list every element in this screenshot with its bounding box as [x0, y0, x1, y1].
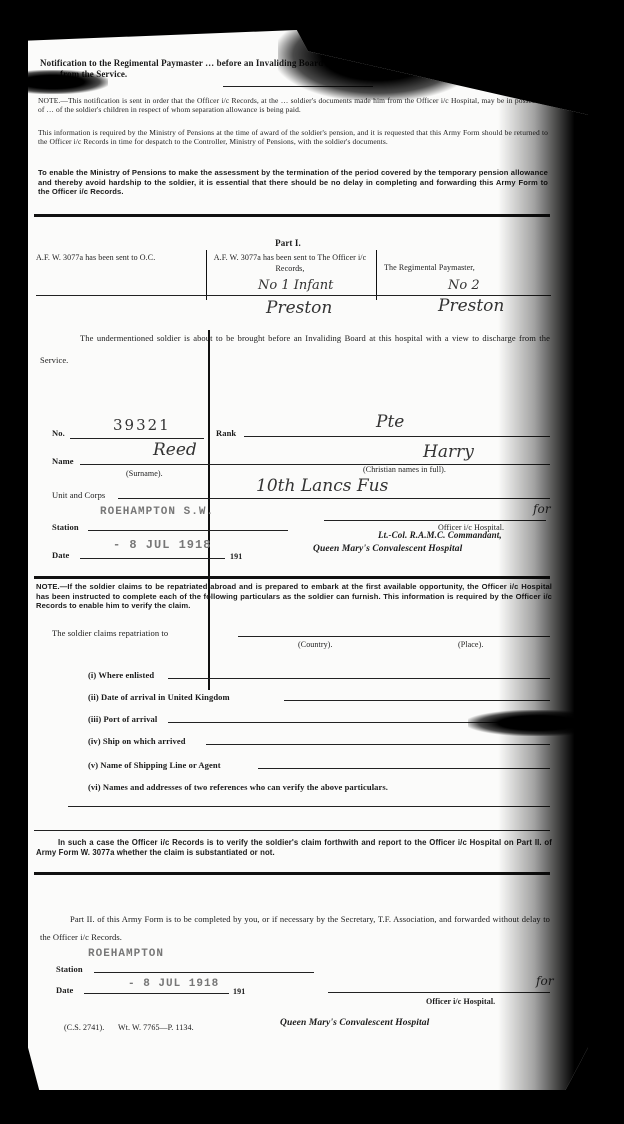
country-caption: (Country). — [298, 639, 333, 650]
date-rule — [80, 558, 225, 559]
note-paragraph-3: To enable the Ministry of Pensions to ma… — [38, 168, 548, 197]
section-divider — [34, 576, 550, 579]
station-label: Station — [52, 522, 79, 533]
part2-station-stamp: ROEHAMPTON — [88, 948, 164, 960]
references-field[interactable] — [68, 806, 550, 807]
part2-date-stamp: - 8 JUL 1918 — [128, 978, 219, 990]
where-enlisted-label: (i) Where enlisted — [88, 670, 154, 681]
repatriation-claims-label: The soldier claims repatriation to — [52, 628, 168, 639]
place-caption: (Place). — [458, 639, 483, 650]
part2-station-field[interactable] — [94, 972, 314, 973]
paper-damage — [278, 10, 478, 100]
station-stamp: ROEHAMPTON S.W. — [100, 506, 214, 518]
part1-heading: Part I. — [198, 238, 378, 249]
form-title-line-1: Notification to the Regimental Paymaster… — [40, 58, 510, 69]
surname-value[interactable]: Reed — [153, 440, 197, 460]
name-label: Name — [52, 456, 74, 467]
paper-damage — [0, 70, 108, 94]
paper-shadow — [498, 30, 588, 1090]
paymaster-value[interactable]: No 2 — [448, 278, 480, 293]
unit-rule — [118, 498, 550, 499]
surname-caption: (Surname). — [126, 468, 163, 479]
hospital-name: Queen Mary's Convalescent Hospital — [313, 544, 462, 555]
part2-year-suffix: 191 — [233, 986, 245, 997]
unit-value[interactable]: 10th Lancs Fus — [256, 476, 388, 496]
document-page: Notification to the Regimental Paymaster… — [28, 30, 588, 1090]
form-code: (C.S. 2741). — [64, 1022, 104, 1033]
port-of-arrival-label: (iii) Port of arrival — [88, 714, 157, 725]
christian-name-value[interactable]: Harry — [423, 442, 474, 462]
date-stamp: - 8 JUL 1918 — [113, 538, 211, 552]
note-paragraph-2: This information is required by the Mini… — [38, 128, 548, 146]
part2-officer-caption: Officer i/c Hospital. — [426, 996, 495, 1007]
year-suffix: 191 — [230, 551, 242, 562]
ink-mark — [468, 710, 608, 736]
where-enlisted-field[interactable] — [168, 678, 550, 679]
christian-name-caption: (Christian names in full). — [363, 464, 446, 475]
signature-line: Lt.-Col. R.A.M.C. Commandant, — [378, 530, 502, 541]
service-number-label: No. — [52, 428, 65, 439]
service-number-rule — [70, 438, 204, 439]
print-info: Wt. W. 7765—P. 1134. — [118, 1022, 194, 1033]
shipping-line-label: (v) Name of Shipping Line or Agent — [88, 760, 221, 771]
section-divider — [34, 872, 550, 875]
station-rule — [88, 530, 288, 531]
section-divider — [34, 214, 550, 217]
paymaster-place-value[interactable]: Preston — [438, 296, 504, 316]
col-divider-1 — [206, 250, 207, 300]
part1-intro: The undermentioned soldier is about to b… — [40, 327, 550, 371]
part2-date-label: Date — [56, 985, 73, 996]
part1-col1-label: A.F. W. 3077a has been sent to O.C. — [36, 252, 196, 263]
references-field-2 — [34, 830, 550, 831]
part2-station-label: Station — [56, 964, 83, 975]
ship-label: (iv) Ship on which arrived — [88, 736, 186, 747]
rank-label: Rank — [216, 428, 236, 439]
records-place-value[interactable]: Preston — [266, 298, 332, 318]
date-label: Date — [52, 550, 69, 561]
form-title: Notification to the Regimental Paymaster… — [40, 58, 510, 80]
form-title-line-2: from the Service. — [40, 69, 510, 80]
repatriation-note: NOTE.—If the soldier claims to be repatr… — [36, 582, 552, 611]
part2-instructions: Part II. of this Army Form is to be comp… — [40, 910, 550, 946]
service-number-value[interactable]: 39321 — [113, 416, 171, 434]
rank-value[interactable]: Pte — [376, 412, 404, 432]
arrival-date-label: (ii) Date of arrival in United Kingdom — [88, 692, 230, 703]
records-office-value[interactable]: No 1 Infant — [258, 278, 333, 293]
part1-col2-label: A.F. W. 3077a has been sent to The Offic… — [210, 252, 370, 274]
verification-instructions: In such a case the Officer i/c Records i… — [36, 838, 552, 858]
unit-label: Unit and Corps — [52, 490, 105, 501]
col-divider-2 — [376, 250, 377, 300]
references-label: (vi) Names and addresses of two referenc… — [88, 782, 388, 793]
footer-hospital-stamp: Queen Mary's Convalescent Hospital — [280, 1018, 429, 1029]
part2-date-field[interactable] — [84, 993, 229, 994]
name-rule — [80, 464, 550, 465]
